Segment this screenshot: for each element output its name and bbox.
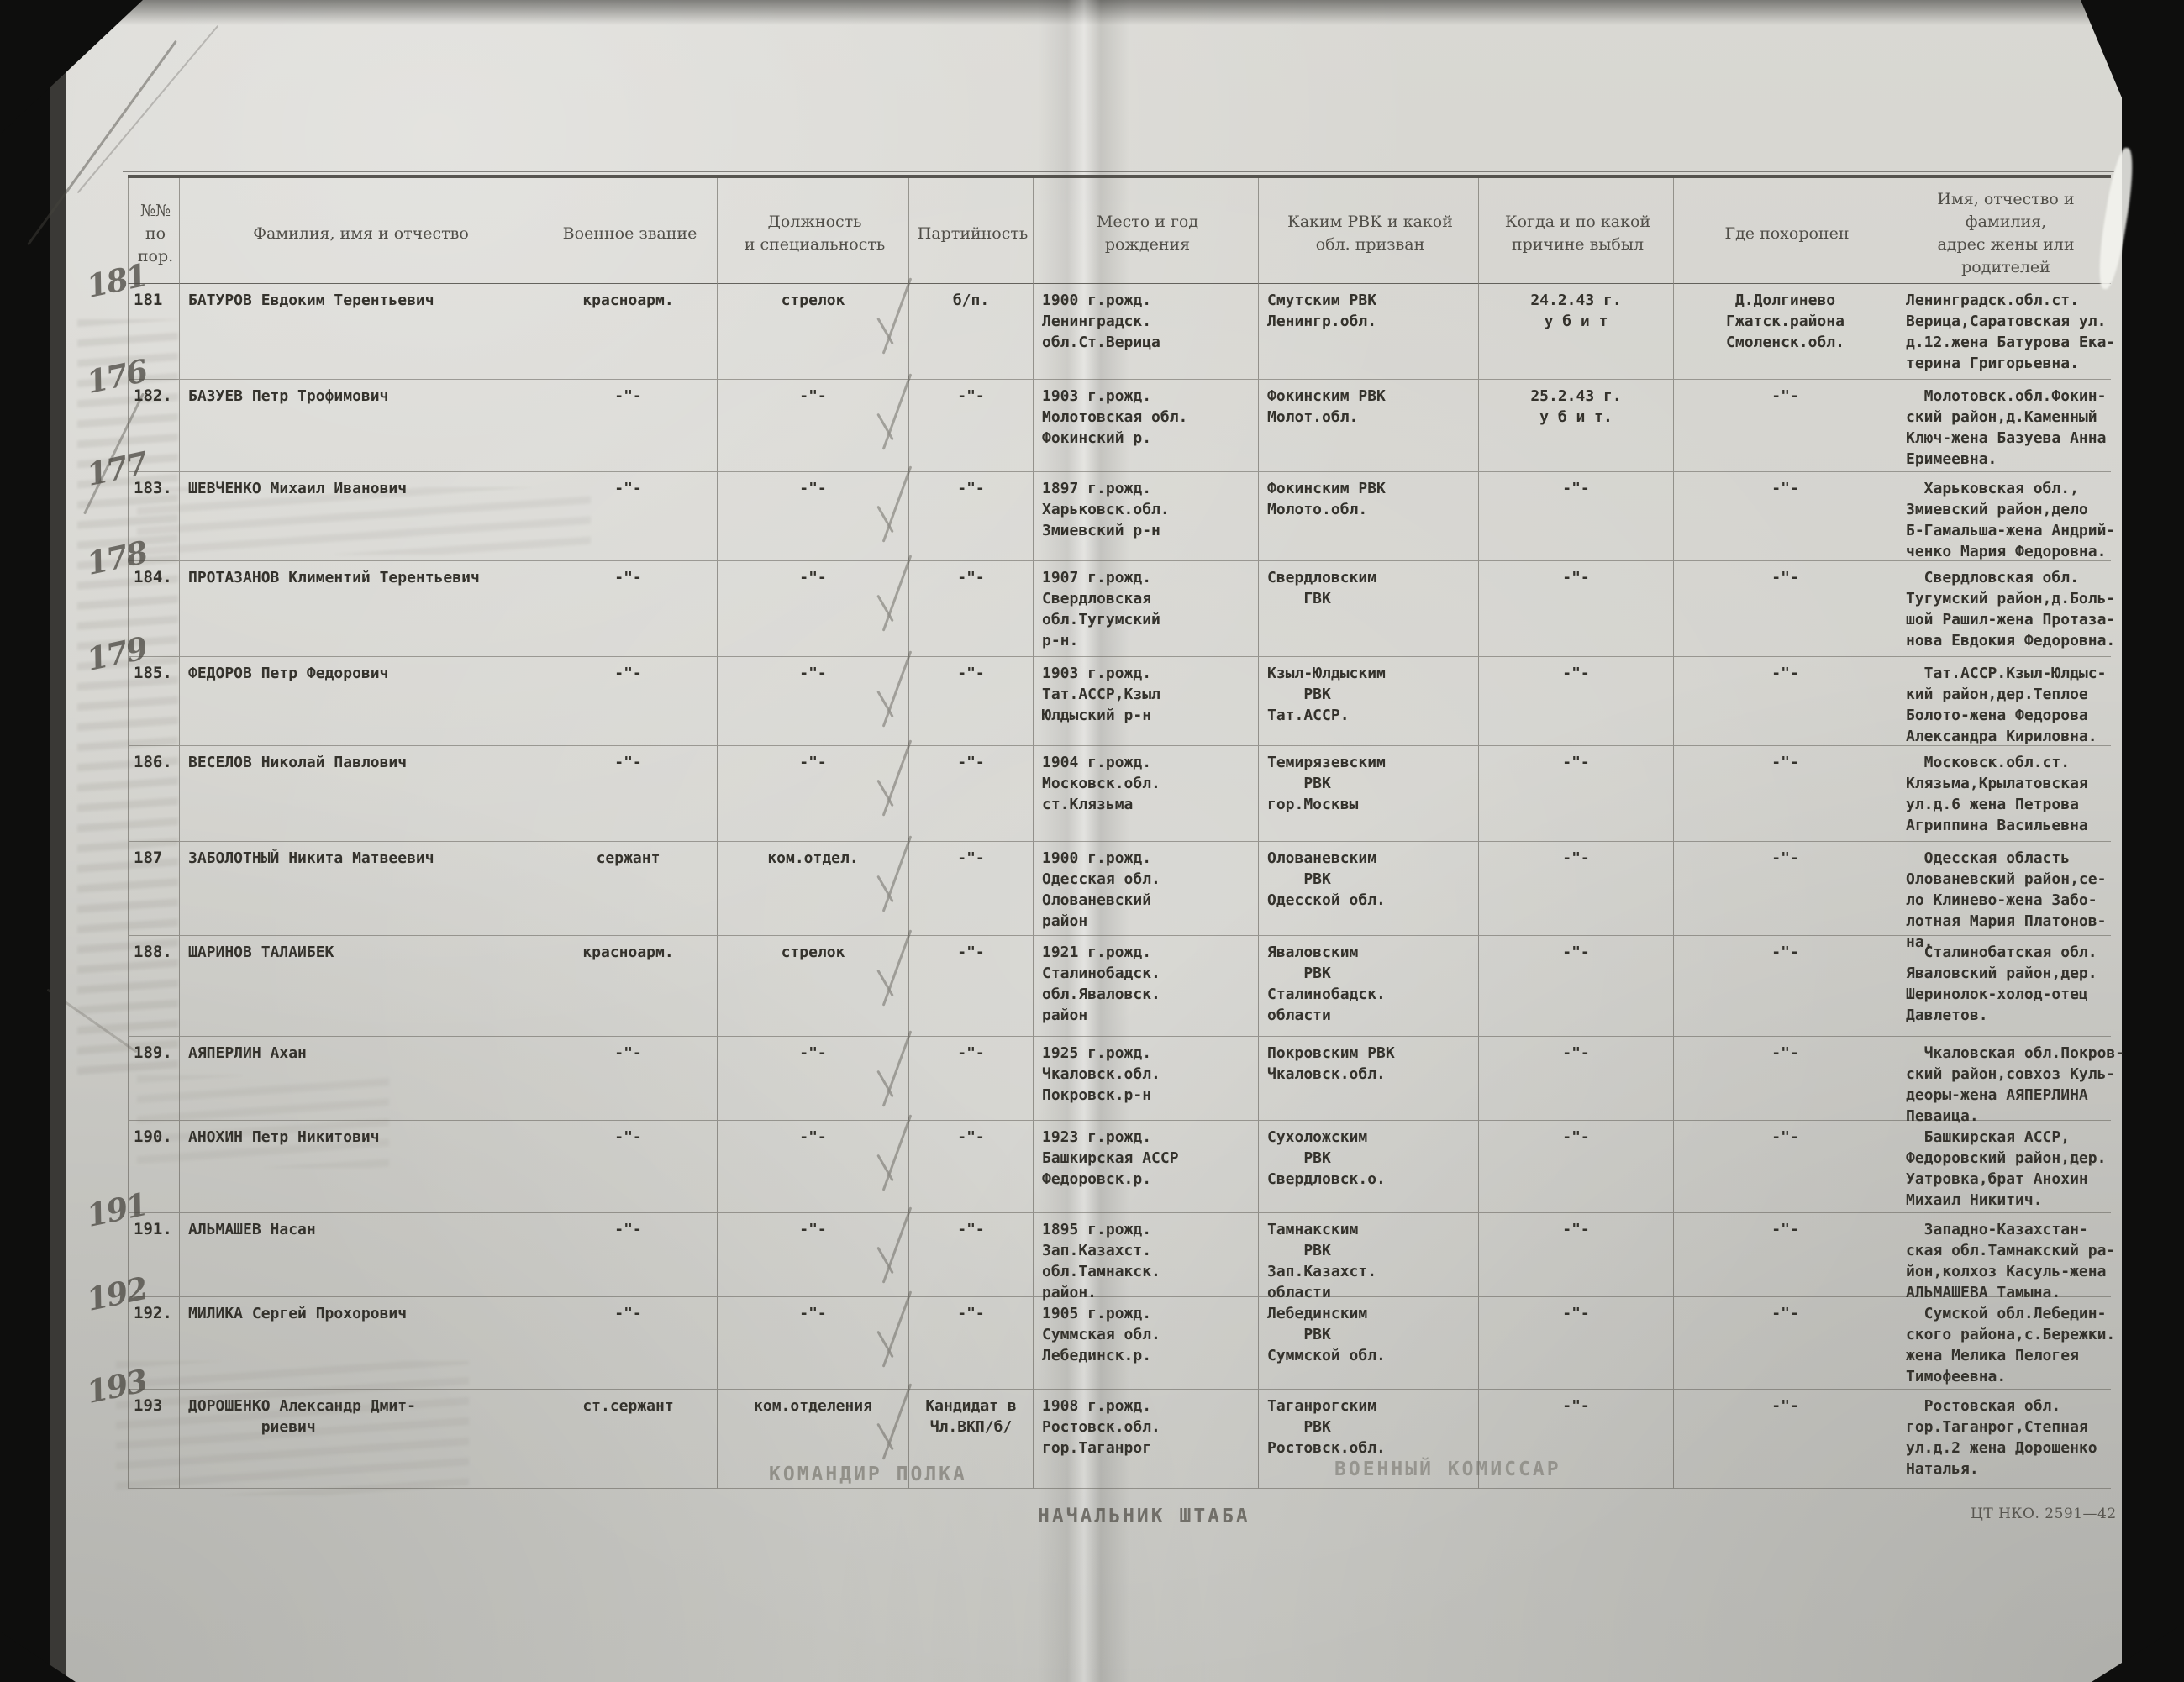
burial-cell: -"- <box>1674 746 1897 842</box>
rank-cell: -"- <box>539 472 718 561</box>
rvk-cell: Смутским РВК Ленингр.обл. <box>1259 284 1479 380</box>
rank-cell: красноарм. <box>539 936 718 1037</box>
birthplace-cell: 1925 г.рожд. Чкаловск.обл. Покровск.р-н <box>1034 1037 1259 1121</box>
party-cell: -"- <box>909 1037 1034 1121</box>
name-cell: АЛЬМАШЕВ Насан <box>180 1213 539 1297</box>
burial-cell: -"- <box>1674 1121 1897 1213</box>
family-address-cell: Московск.обл.ст. Клязьма,Крылатовская ул… <box>1897 746 2111 842</box>
column-header-rank: Военное звание <box>539 178 718 284</box>
party-cell: -"- <box>909 472 1034 561</box>
name-cell: ШАРИНОВ ТАЛАИБЕК <box>180 936 539 1037</box>
rank-cell: -"- <box>539 1121 718 1213</box>
party-cell: -"- <box>909 561 1034 657</box>
rank-cell: -"- <box>539 657 718 746</box>
rvk-cell: Покровским РВК Чкаловск.обл. <box>1259 1037 1479 1121</box>
birthplace-cell: 1895 г.рожд. Зап.Казахст. обл.Тамнакск. … <box>1034 1213 1259 1297</box>
family-address-cell: Свердловская обл. Тугумский район,д.Боль… <box>1897 561 2111 657</box>
casualty-cell: -"- <box>1479 936 1674 1037</box>
rank-cell: ст.сержант <box>539 1390 718 1489</box>
burial-cell: Д.Долгинево Гжатск.района Смоленск.обл. <box>1674 284 1897 380</box>
name-cell: БАЗУЕВ Петр Трофимович <box>180 380 539 472</box>
casualty-cell: -"- <box>1479 842 1674 936</box>
commander-signature-line: КОМАНДИР ПОЛКА <box>769 1464 967 1485</box>
row-number-cell: 187 <box>128 842 180 936</box>
casualty-cell: -"- <box>1479 1037 1674 1121</box>
party-cell: -"- <box>909 1213 1034 1297</box>
rvk-cell: Фокинским РВК Молото.обл. <box>1259 472 1479 561</box>
position-cell: стрелок <box>718 936 909 1037</box>
pencil-margin-number: 176 <box>85 360 148 393</box>
name-cell: ПРОТАЗАНОВ Климентий Терентьевич <box>180 561 539 657</box>
birthplace-cell: 1907 г.рожд. Свердловская обл.Тугумский … <box>1034 561 1259 657</box>
name-cell: ШЕВЧЕНКО Михаил Иванович <box>180 472 539 561</box>
birthplace-cell: 1904 г.рожд. Московск.обл. ст.Клязьма <box>1034 746 1259 842</box>
burial-cell: -"- <box>1674 936 1897 1037</box>
casualty-cell: -"- <box>1479 746 1674 842</box>
name-cell: ЗАБОЛОТНЫЙ Никита Матвеевич <box>180 842 539 936</box>
rvk-cell: Тамнакским РВК Зап.Казахст. области <box>1259 1213 1479 1297</box>
pencil-margin-number: 191 <box>85 1194 148 1227</box>
position-cell: ком.отдел. <box>718 842 909 936</box>
document-page: №№ по пор. Фамилия, имя и отчество Военн… <box>66 0 2122 1682</box>
rvk-cell: Темирязевским РВК гор.Москвы <box>1259 746 1479 842</box>
name-cell: АНОХИН Петр Никитович <box>180 1121 539 1213</box>
rvk-cell: Олованевским РВК Одесской обл. <box>1259 842 1479 936</box>
position-cell: -"- <box>718 561 909 657</box>
rvk-cell: Яваловским РВК Сталинобадск. области <box>1259 936 1479 1037</box>
burial-cell: -"- <box>1674 842 1897 936</box>
party-cell: -"- <box>909 936 1034 1037</box>
column-header-family: Имя, отчество и фамилия, адрес жены или … <box>1897 178 2111 284</box>
column-header-position: Должность и специальность <box>718 178 909 284</box>
column-header-party: Партийность <box>909 178 1034 284</box>
rvk-cell: Лебединским РВК Суммской обл. <box>1259 1297 1479 1390</box>
family-address-cell: Ленинградск.обл.ст. Верица,Саратовская у… <box>1897 284 2111 380</box>
rvk-cell: Сухоложским РВК Свердловск.о. <box>1259 1121 1479 1213</box>
pencil-margin-number: 193 <box>85 1370 148 1403</box>
burial-cell: -"- <box>1674 380 1897 472</box>
pencil-margin-number: 178 <box>85 542 148 575</box>
position-cell: -"- <box>718 472 909 561</box>
family-address-cell: Харьковская обл., Змиевский район,дело Б… <box>1897 472 2111 561</box>
rank-cell: -"- <box>539 1213 718 1297</box>
position-cell: -"- <box>718 746 909 842</box>
scanned-casualty-list-page: { "document": { "type": "Именной список … <box>0 0 2184 1682</box>
casualty-cell: 24.2.43 г. у б и т <box>1479 284 1674 380</box>
rank-cell: -"- <box>539 1037 718 1121</box>
rank-cell: -"- <box>539 1297 718 1390</box>
party-cell: -"- <box>909 657 1034 746</box>
row-number-cell: 185.179 <box>128 657 180 746</box>
family-address-cell: Сумской обл.Лебедин- ского района,с.Бере… <box>1897 1297 2111 1390</box>
rvk-cell: Фокинским РВК Молот.обл. <box>1259 380 1479 472</box>
position-cell: стрелок <box>718 284 909 380</box>
position-cell: -"- <box>718 1121 909 1213</box>
birthplace-cell: 1903 г.рожд. Молотовская обл. Фокинский … <box>1034 380 1259 472</box>
birthplace-cell: 1905 г.рожд. Суммская обл. Лебединск.р. <box>1034 1297 1259 1390</box>
row-number-cell: 186. <box>128 746 180 842</box>
rvk-cell: Свердловским ГВК <box>1259 561 1479 657</box>
name-cell: МИЛИКА Сергей Прохорович <box>180 1297 539 1390</box>
family-address-cell: Молотовск.обл.Фокин- ский район,д.Каменн… <box>1897 380 2111 472</box>
family-address-cell: Одесская область Олованевский район,се- … <box>1897 842 2111 936</box>
birthplace-cell: 1897 г.рожд. Харьковск.обл. Змиевский р-… <box>1034 472 1259 561</box>
family-address-cell: Башкирская АССР, Федоровский район,дер. … <box>1897 1121 2111 1213</box>
family-address-cell: Ростовская обл. гор.Таганрог,Степная ул.… <box>1897 1390 2111 1489</box>
birthplace-cell: 1923 г.рожд. Башкирская АССР Федоровск.р… <box>1034 1121 1259 1213</box>
burial-cell: -"- <box>1674 1037 1897 1121</box>
burial-cell: -"- <box>1674 1390 1897 1489</box>
name-cell: ФЕДОРОВ Петр Федорович <box>180 657 539 746</box>
casualty-cell: -"- <box>1479 1297 1674 1390</box>
party-cell: -"- <box>909 746 1034 842</box>
rank-cell: сержант <box>539 842 718 936</box>
party-cell: -"- <box>909 1297 1034 1390</box>
party-cell: -"- <box>909 842 1034 936</box>
burial-cell: -"- <box>1674 1213 1897 1297</box>
position-cell: -"- <box>718 657 909 746</box>
name-cell: ДОРОШЕНКО Александр Дмит- риевич <box>180 1390 539 1489</box>
party-cell: б/п. <box>909 284 1034 380</box>
column-header-left: Когда и по какой причине выбыл <box>1479 178 1674 284</box>
burial-cell: -"- <box>1674 472 1897 561</box>
birthplace-cell: 1903 г.рожд. Тат.АССР,Кзыл Юлдыский р-н <box>1034 657 1259 746</box>
birthplace-cell: 1908 г.рожд. Ростовск.обл. гор.Таганрог <box>1034 1390 1259 1489</box>
casualty-cell: -"- <box>1479 657 1674 746</box>
casualty-cell: -"- <box>1479 561 1674 657</box>
casualty-cell: -"- <box>1479 1121 1674 1213</box>
family-address-cell: Тат.АССР.Кзыл-Юлдыс- кий район,дер.Тепло… <box>1897 657 2111 746</box>
pencil-margin-number: 181 <box>85 265 148 297</box>
rank-cell: -"- <box>539 561 718 657</box>
casualty-cell: 25.2.43 г. у б и т. <box>1479 380 1674 472</box>
party-cell: -"- <box>909 380 1034 472</box>
column-header-buried: Где похоронен <box>1674 178 1897 284</box>
commissar-signature-line: ВОЕННЫЙ КОМИССАР <box>1334 1459 1561 1480</box>
underlying-page-edge <box>50 0 66 1682</box>
row-number-cell: 189. <box>128 1037 180 1121</box>
row-number-cell: 188. <box>128 936 180 1037</box>
top-edge-shadow <box>66 0 2122 25</box>
pencil-margin-number: 177 <box>85 453 148 486</box>
birthplace-cell: 1900 г.рожд. Ленинградск. обл.Ст.Верица <box>1034 284 1259 380</box>
column-header-rvk: Каким РВК и какой обл. призван <box>1259 178 1479 284</box>
burial-cell: -"- <box>1674 1297 1897 1390</box>
burial-cell: -"- <box>1674 657 1897 746</box>
column-header-birth: Место и год рождения <box>1034 178 1259 284</box>
rank-cell: красноарм. <box>539 284 718 380</box>
birthplace-cell: 1900 г.рожд. Одесская обл. Олованевский … <box>1034 842 1259 936</box>
position-cell: -"- <box>718 380 909 472</box>
chief-of-staff-signature-line: НАЧАЛЬНИК ШТАБА <box>1038 1506 1250 1527</box>
birthplace-cell: 1921 г.рожд. Сталинобадск. обл.Яваловск.… <box>1034 936 1259 1037</box>
position-cell: -"- <box>718 1297 909 1390</box>
name-cell: ВЕСЕЛОВ Николай Павлович <box>180 746 539 842</box>
pencil-margin-number: 179 <box>85 638 148 670</box>
column-header-name: Фамилия, имя и отчество <box>180 178 539 284</box>
form-stamp: ЦТ НКО. 2591—42 <box>1971 1506 2117 1522</box>
rank-cell: -"- <box>539 746 718 842</box>
position-cell: -"- <box>718 1213 909 1297</box>
position-cell: -"- <box>718 1037 909 1121</box>
casualty-cell: -"- <box>1479 1213 1674 1297</box>
family-address-cell: Сталинобатская обл. Яваловский район,дер… <box>1897 936 2111 1037</box>
rvk-cell: Кзыл-Юлдыским РВК Тат.АССР. <box>1259 657 1479 746</box>
casualty-table: №№ по пор. Фамилия, имя и отчество Военн… <box>128 175 2111 1489</box>
casualty-cell: -"- <box>1479 472 1674 561</box>
party-cell: -"- <box>909 1121 1034 1213</box>
row-number-cell: 193193 <box>128 1390 180 1489</box>
name-cell: БАТУРОВ Евдоким Терентьевич <box>180 284 539 380</box>
burial-cell: -"- <box>1674 561 1897 657</box>
family-address-cell: Чкаловская обл.Покров- ский район,совхоз… <box>1897 1037 2111 1121</box>
family-address-cell: Западно-Казахстан- ская обл.Тамнакский р… <box>1897 1213 2111 1297</box>
pencil-margin-number: 192 <box>85 1278 148 1311</box>
rank-cell: -"- <box>539 380 718 472</box>
name-cell: АЯПЕРЛИН Ахан <box>180 1037 539 1121</box>
